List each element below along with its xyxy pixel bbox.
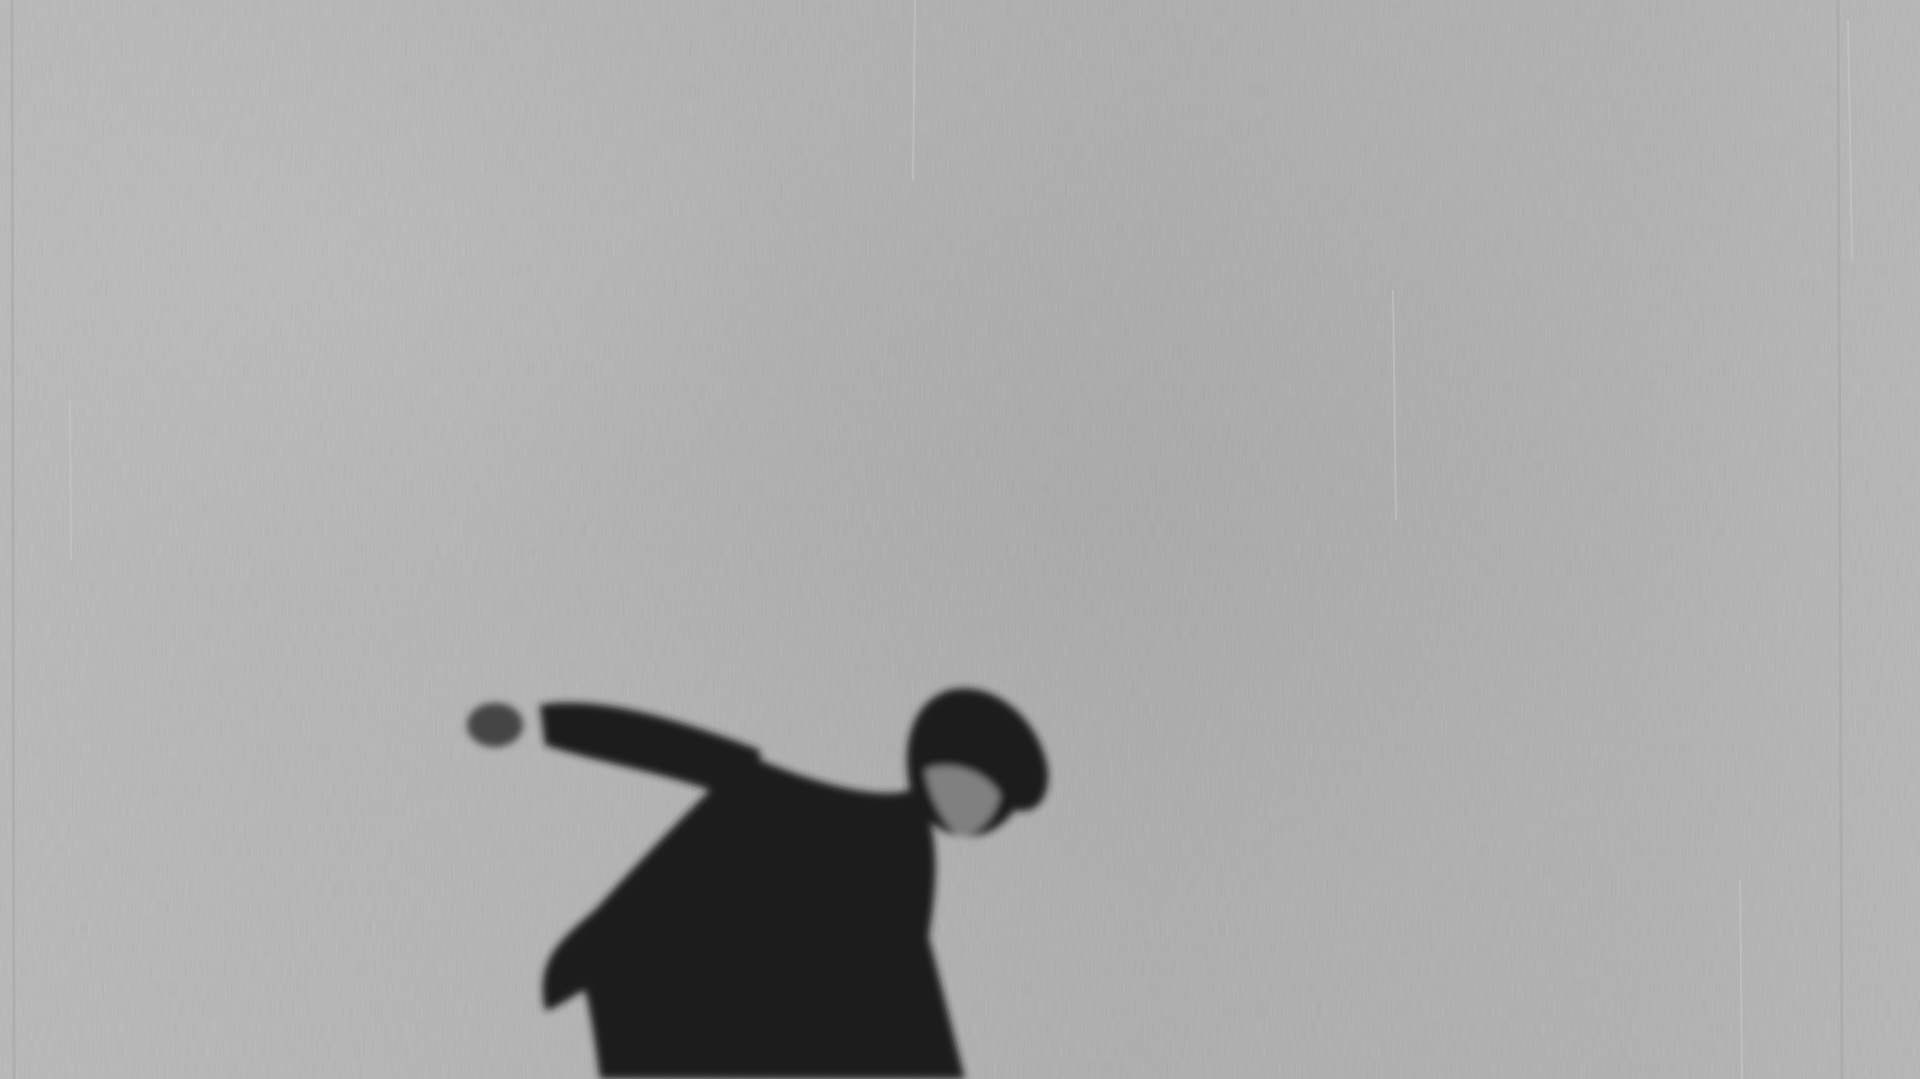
film-frame: [0, 0, 1920, 1079]
hand: [467, 703, 523, 747]
arm: [540, 703, 760, 790]
man-silhouette: [0, 0, 1920, 1079]
